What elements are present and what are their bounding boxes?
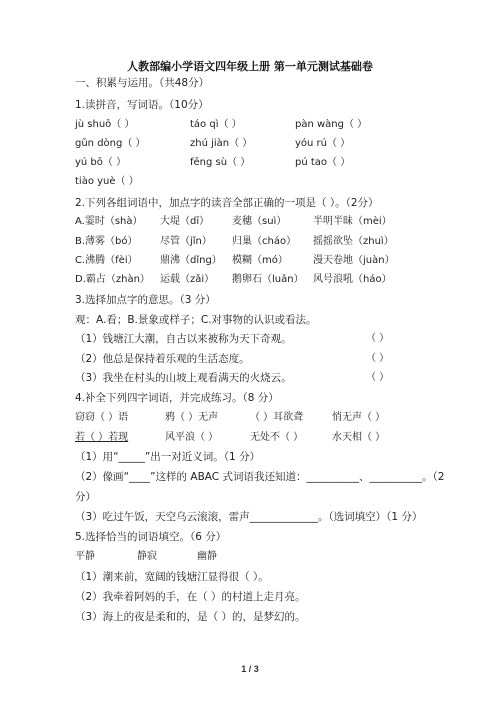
option-word: 运载（zǎi） <box>160 273 214 287</box>
option-word: 摇摇欲坠（zhuì） <box>313 235 394 249</box>
pinyin-item: pàn wàng（ ） <box>295 118 367 132</box>
q3-definition: 观：A.看；B.景象或样子；C.对事物的认识或看法。 <box>75 313 317 327</box>
idiom-blank: 风平浪（ ） <box>165 431 218 445</box>
word-choice: 幽静 <box>197 550 217 564</box>
worksheet-title: 人教部编小学语文四年级上册 第一单元测试基础卷 <box>0 58 500 74</box>
idiom-blank: 窃窃（ ）语 <box>75 411 128 425</box>
q4-heading: 4.补全下列四字词语，并完成练习。（8 分） <box>75 391 279 405</box>
idiom-blank: 悄无声（ ） <box>332 411 385 425</box>
q4-sub3: （3）吃过午饭，天空乌云滚滚，雷声_____________。（选词填空）（1 … <box>75 510 422 524</box>
option-word: B.薄雾（bó） <box>75 235 138 249</box>
q3-heading: 3.选择加点字的意思。（3 分） <box>75 293 216 307</box>
q5-item: （1）潮来前，宽阔的钱塘江显得很（ ）。 <box>75 570 269 584</box>
option-word: D.霸占（zhàn） <box>75 273 150 287</box>
idiom-blank: 水天相（ ） <box>332 431 385 445</box>
idiom-blank-underlined: 若（ ）若现 <box>75 431 128 445</box>
pinyin-item: fēng sù（ ） <box>190 156 250 170</box>
worksheet-page: 人教部编小学语文四年级上册 第一单元测试基础卷 一、积累与运用。（共48分） 1… <box>0 0 500 707</box>
q4-sub1: （1）用“_____”出一对近义词。（1 分） <box>75 450 260 464</box>
idiom-blank: 无处不（ ） <box>250 431 303 445</box>
option-word: 归巢（cháo） <box>232 235 296 249</box>
option-word: 大堤（dī） <box>160 215 209 229</box>
pinyin-item: gǔn dòng（ ） <box>75 137 146 151</box>
option-word: 半明半昧（mèi） <box>313 215 392 229</box>
option-word: 尽管（jǐn） <box>160 235 212 249</box>
answer-paren: （ ） <box>366 352 389 366</box>
pinyin-item: jù shuō（ ） <box>75 118 134 132</box>
word-choice: 静寂 <box>137 550 157 564</box>
q2-heading: 2.下列各组词语中，加点字的读音全部正确的一项是（ ）。（2分） <box>75 196 379 210</box>
q5-item: （3）海上的夜是柔和的，是（ ）的，是梦幻的。 <box>75 610 306 624</box>
option-word: 鼎沸（dǐng） <box>160 254 222 268</box>
page-number: 1 / 3 <box>0 664 500 674</box>
option-word: 模糊（mó） <box>232 254 288 268</box>
q3-item: （3）我坐在村头的山坡上观看满天的火烧云。 <box>75 371 292 385</box>
q3-item: （2）他总是保持着乐观的生活态度。 <box>75 352 250 366</box>
q3-item: （1）钱塘江大潮，自古以来被称为天下奇观。 <box>75 332 292 346</box>
option-word: 风号浪吼（háo） <box>313 273 392 287</box>
pinyin-item: pú tao（ ） <box>295 156 350 170</box>
option-word: A.霎时（shà） <box>75 215 143 229</box>
section-heading: 一、积累与运用。（共48分） <box>75 76 209 90</box>
q4-sub2: （2）像画“____”这样的 ABAC 式词语我还知道：__________、_… <box>75 470 444 484</box>
idiom-blank: 鸦（ ）无声 <box>165 411 218 425</box>
pinyin-item: zhú jiàn（ ） <box>190 137 252 151</box>
q5-heading: 5.选择恰当的词语填空。（6 分） <box>75 530 226 544</box>
pinyin-item: yóu rú（ ） <box>295 137 350 151</box>
q4-sub2-cont: 分） <box>75 490 96 504</box>
option-word: 漫天卷地（juàn） <box>313 254 395 268</box>
option-word: 麦穗（suì） <box>232 215 286 229</box>
answer-paren: （ ） <box>366 371 389 385</box>
pinyin-item: yú bō（ ） <box>75 156 126 170</box>
answer-paren: （ ） <box>366 332 389 346</box>
q5-item: （2）我牵着阿妈的手，在（ ）的村道上走月亮。 <box>75 590 306 604</box>
idiom-blank: （ ）耳欲聋 <box>250 411 303 425</box>
pinyin-item: táo qì（ ） <box>190 118 242 132</box>
option-word: C.沸腾（fèi） <box>75 254 138 268</box>
pinyin-item: tiào yuè（ ） <box>75 175 139 189</box>
word-choice: 平静 <box>75 550 95 564</box>
q1-heading: 1.读拼音，写词语。（10分） <box>75 98 209 112</box>
option-word: 鹅卵石（luǎn） <box>232 273 304 287</box>
